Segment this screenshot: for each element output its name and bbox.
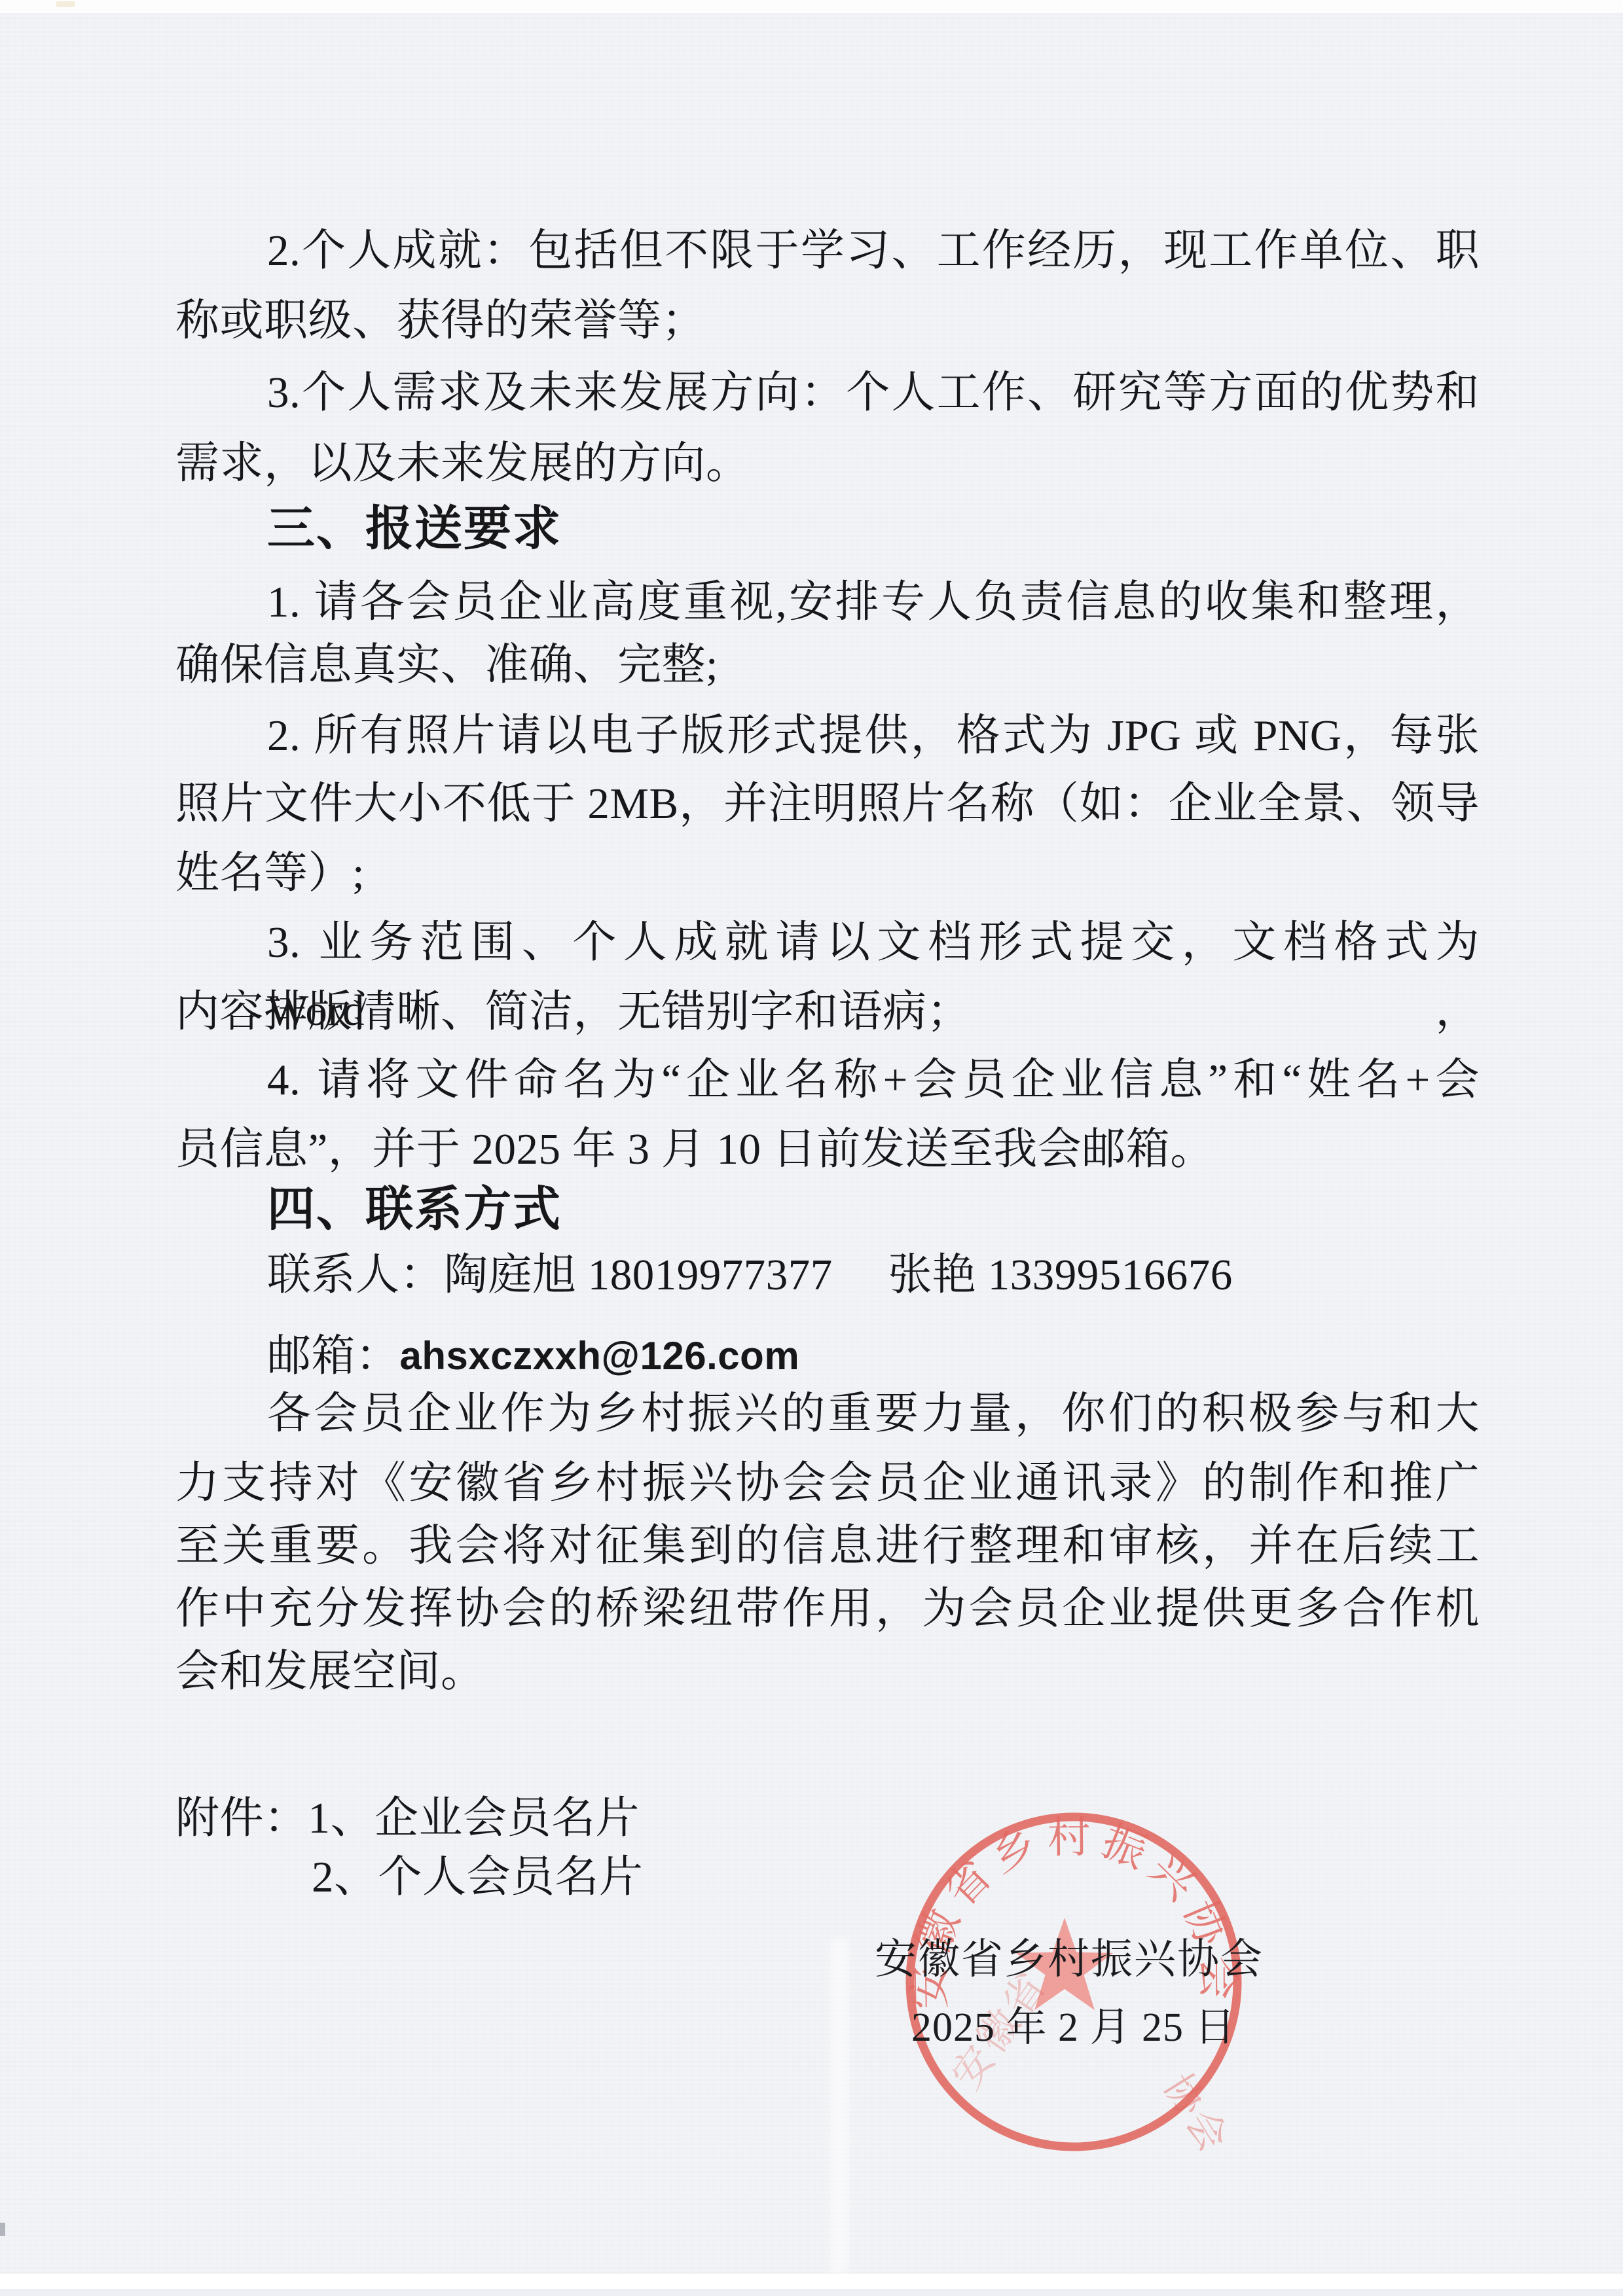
doc-line: 确保信息真实、准确、完整; (175, 631, 718, 699)
doc-line: 称或职级、获得的荣誉等； (175, 287, 706, 355)
scanned-document-page: 2.个人成就：包括但不限于学习、工作经历，现工作单位、职 称或职级、获得的荣誉等… (0, 0, 1623, 2296)
contact-persons-line: 联系人：陶庭旭 18019977377 张艳 13399516676 (267, 1241, 1233, 1309)
doc-line: 3.个人需求及未来发展方向：个人工作、研究等方面的优势和 (267, 359, 1480, 427)
scan-fold-streak (830, 1937, 848, 2275)
doc-line: 2. 所有照片请以电子版形式提供，格式为 JPG 或 PNG，每张 (267, 702, 1480, 770)
doc-line: 员信息”，并于 2025 年 3 月 10 日前发送至我会邮箱。 (175, 1115, 1214, 1183)
scan-edge-bottom (0, 2274, 1623, 2289)
org-signature: 安徽省乡村振兴协会 (875, 1930, 1264, 1989)
section-heading-submission-requirements: 三、报送要求 (267, 495, 562, 563)
doc-line: 4. 请将文件命名为“企业名称+会员企业信息”和“姓名+会 (267, 1046, 1480, 1114)
doc-line: 各会员企业作为乡村振兴的重要力量，你们的积极参与和大 (267, 1380, 1480, 1448)
email-label: 邮箱： (267, 1332, 400, 1380)
doc-line: 2.个人成就：包括但不限于学习、工作经历，现工作单位、职 (267, 217, 1480, 285)
doc-line: 会和发展空间。 (175, 1638, 485, 1706)
email-value: ahsxczxxh@126.com (400, 1334, 800, 1378)
scan-edge-bottom-gray (0, 2289, 1623, 2296)
doc-line: 姓名等）; (175, 839, 365, 907)
doc-line: 需求，以及未来发展的方向。 (175, 429, 750, 497)
scan-artifact (56, 1, 75, 7)
section-heading-contact-info: 四、联系方式 (267, 1175, 562, 1244)
doc-line: 1. 请各会员企业高度重视,安排专人负责信息的收集和整理， (267, 568, 1480, 636)
doc-line: 至关重要。我会将对征集到的信息进行整理和审核，并在后续工 (175, 1512, 1480, 1580)
doc-line: 作中充分发挥协会的桥梁纽带作用，为会员企业提供更多合作机 (175, 1575, 1480, 1643)
doc-line: 内容排版清晰、简洁，无错别字和语病； (175, 978, 971, 1046)
attachment-line-1: 附件：1、企业会员名片 (175, 1784, 640, 1852)
doc-line: 力支持对《安徽省乡村振兴协会会员企业通讯录》的制作和推广 (175, 1449, 1480, 1517)
scan-edge-top (0, 0, 1623, 13)
doc-line: 照片文件大小不低于 2MB，并注明照片名称（如：企业全景、领导 (175, 770, 1480, 838)
signature-date: 2025 年 2 月 25 日 (911, 1998, 1236, 2057)
attachment-line-2: 2、个人会员名片 (312, 1843, 644, 1911)
scan-edge-mark (0, 2223, 5, 2236)
